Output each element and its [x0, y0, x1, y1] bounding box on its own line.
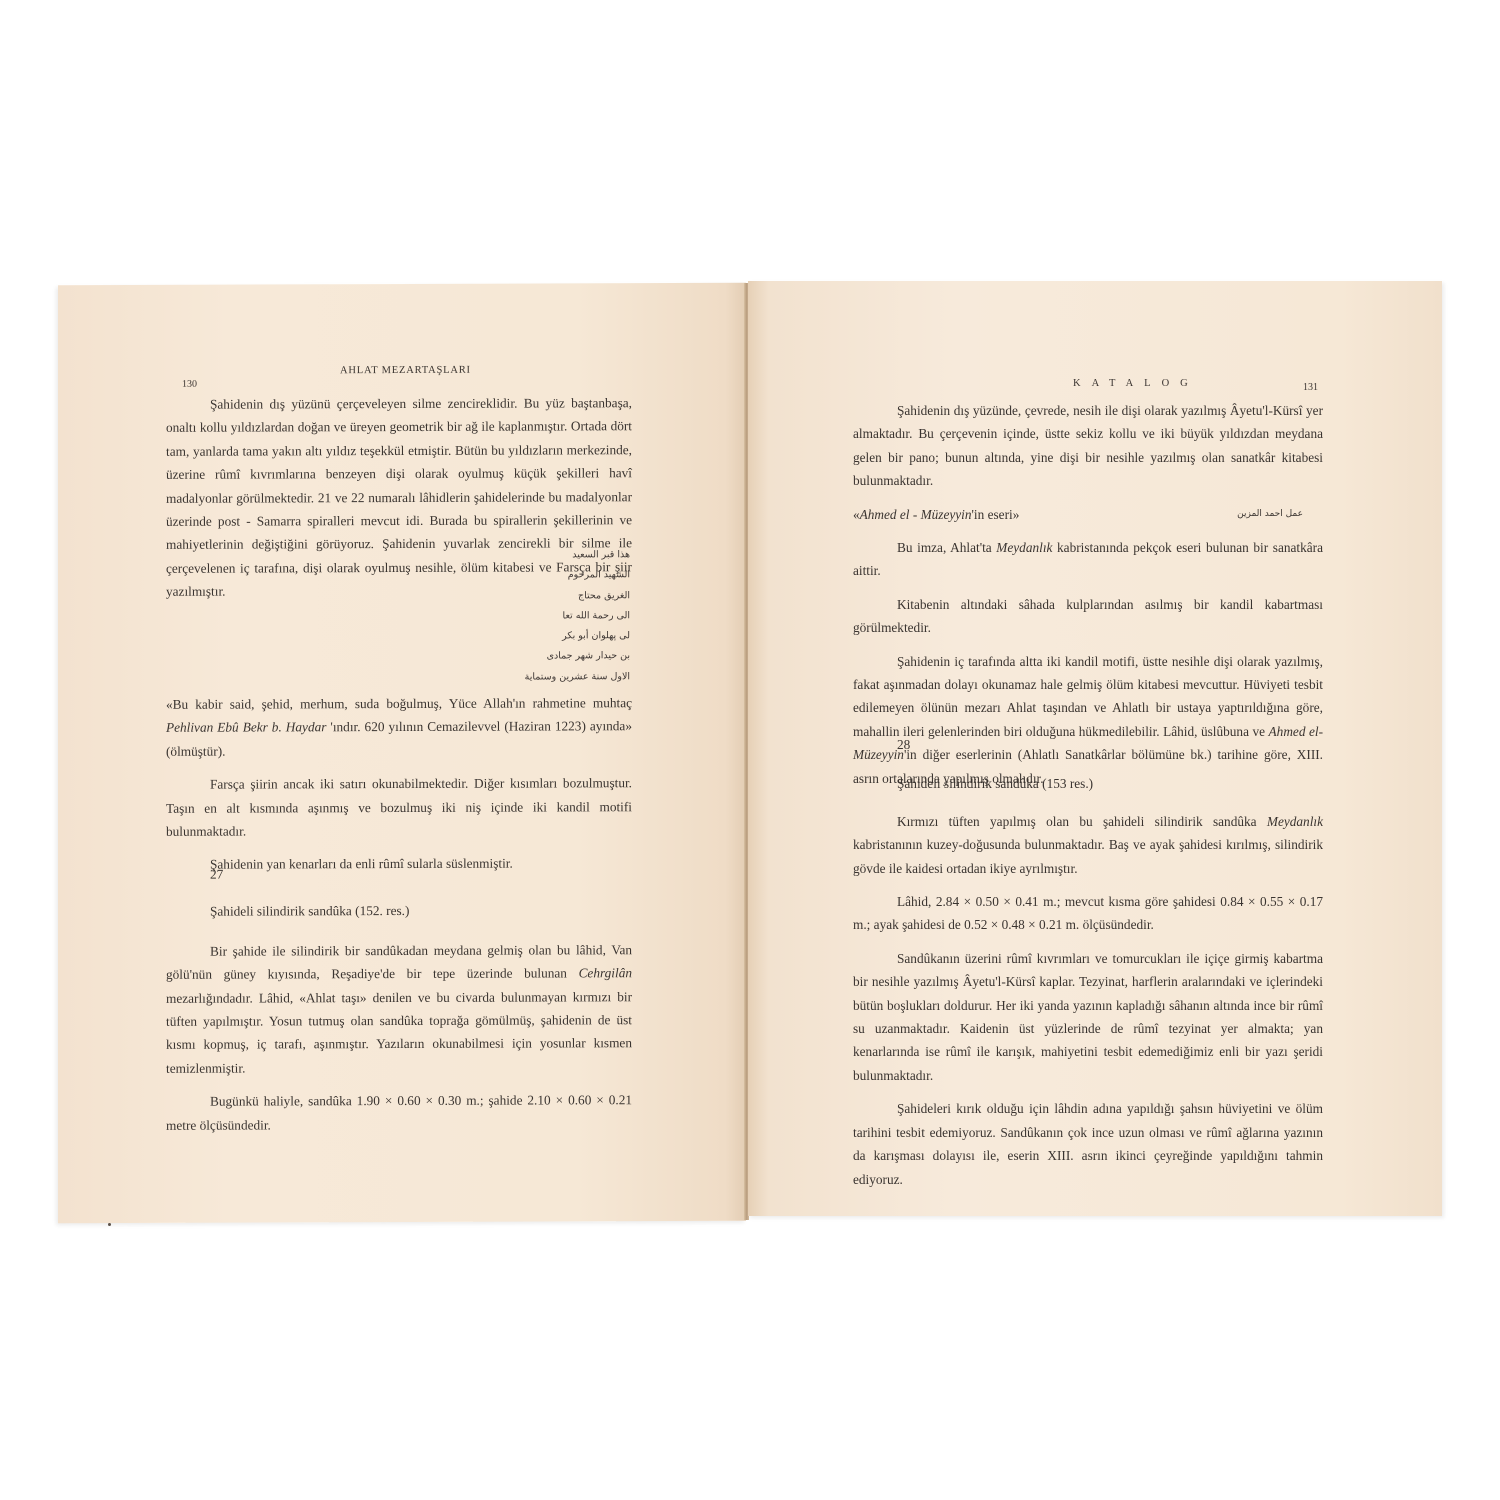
paragraph: Lâhid, 2.84 × 0.50 × 0.41 m.; mevcut kıs… [853, 890, 1323, 937]
inscription-line: الى رحمة الله تعا [458, 606, 630, 627]
artist-signature: «Ahmed el - Müzeyyin'in eseri»عمل احمد ا… [853, 503, 1323, 526]
entry-title: Şahideli silindirik sandûka (152. res.) [166, 899, 632, 924]
paragraph: Bu imza, Ahlat'ta Meydanlık kabristanınd… [853, 536, 1323, 583]
running-title-right: KATALOG [1073, 378, 1199, 389]
open-book: 130 AHLAT MEZARTAŞLARI Şahidenin dış yüz… [0, 0, 1500, 1500]
paragraph: Şahideleri kırık olduğu için lâhdin adın… [853, 1097, 1323, 1191]
inscription-line: الشهيد المرحوم [458, 566, 630, 587]
deceased-name: Pehlivan Ebû Bekr b. Haydar [166, 720, 326, 736]
entry-number: 27 [166, 861, 632, 886]
place-name: Meydanlık [1267, 814, 1323, 829]
entry-28: 28 Şahideli silindirik sandûka (153 res.… [853, 733, 1323, 1191]
page-number-left: 130 [182, 379, 197, 390]
signature-arabic: عمل احمد المزين [1237, 503, 1303, 526]
inscription-line: الغريق محتاج [458, 586, 630, 607]
arabic-inscription: هذا قبر السعيد الشهيد المرحوم الغريق محت… [458, 545, 630, 688]
page-number-right: 131 [1303, 382, 1318, 393]
paragraph: Kırmızı tüften yapılmış olan bu şahideli… [853, 810, 1323, 880]
paragraph: Bugünkü haliyle, sandûka 1.90 × 0.60 × 0… [166, 1088, 632, 1136]
running-title-left: AHLAT MEZARTAŞLARI [340, 365, 471, 376]
paragraph: Şahidenin dış yüzünde, çevrede, nesih il… [853, 399, 1323, 493]
entry-number: 28 [853, 733, 1323, 756]
entry-title: Şahideli silindirik sandûka (153 res.) [853, 772, 1323, 795]
right-intro: Şahidenin dış yüzünde, çevrede, nesih il… [853, 399, 1323, 790]
left-translation-block: «Bu kabir said, şehid, merhum, suda boğu… [166, 691, 632, 876]
paragraph: Sandûkanın üzerini rûmî kıvrımları ve to… [853, 947, 1323, 1087]
paragraph: Kitabenin altındaki sâhada kulplarından … [853, 593, 1323, 640]
right-page: KATALOG 131 Şahidenin dış yüzünde, çevre… [748, 281, 1442, 1216]
entry-27: 27 Şahideli silindirik sandûka (152. res… [166, 861, 632, 1137]
inscription-line: هذا قبر السعيد [458, 545, 630, 566]
translation: «Bu kabir said, şehid, merhum, suda boğu… [166, 691, 632, 763]
paragraph: Bir şahide ile silindirik bir sandûkadan… [166, 938, 632, 1080]
inscription-line: بن حيدار شهر جمادى [458, 647, 630, 668]
paragraph: Farsça şiirin ancak iki satırı okunabilm… [166, 771, 632, 843]
artist-name: Ahmed el - Müzeyyin [860, 507, 972, 522]
place-name: Meydanlık [996, 540, 1052, 555]
place-name: Cehrgilân [579, 965, 632, 980]
inscription-line: الاول سنة عشرين وستماية [458, 667, 630, 688]
page-speck [108, 1223, 111, 1226]
inscription-line: لى پهلوان أبو بكر [458, 626, 630, 647]
left-page: 130 AHLAT MEZARTAŞLARI Şahidenin dış yüz… [58, 283, 746, 1223]
